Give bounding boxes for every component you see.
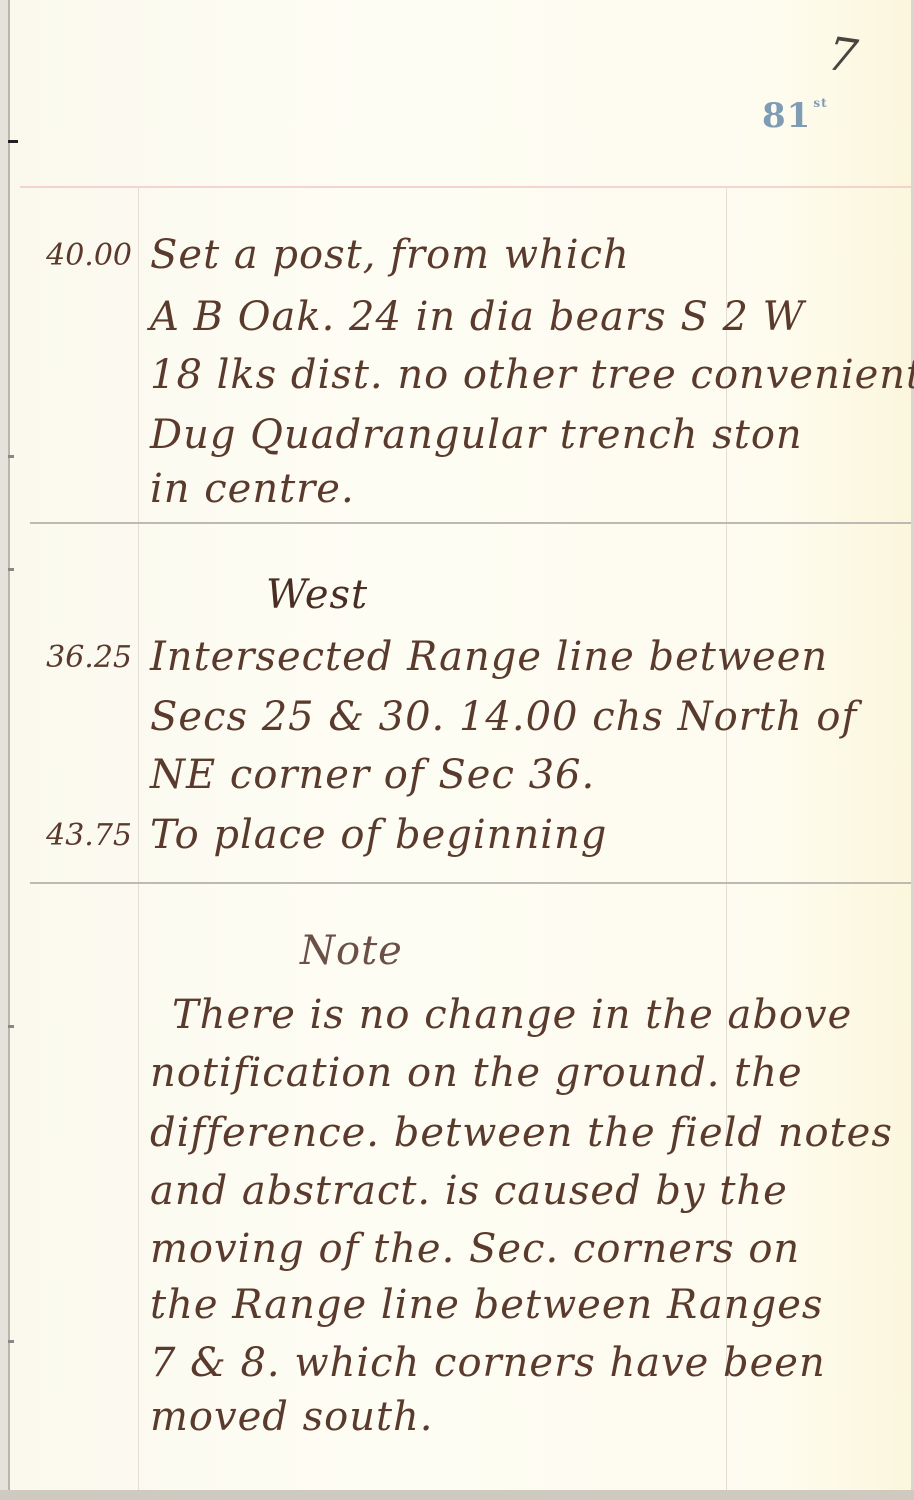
entry-line: A B Oak. 24 in dia bears S 2 W [150,294,805,340]
chains-column-line [138,186,139,1490]
entry-line: To place of beginning [150,812,607,858]
entry-line: Intersected Range line between [150,634,828,680]
note-line: the Range line between Ranges [150,1282,823,1328]
note-line: notification on the ground. the [150,1050,803,1096]
edge-mark [8,1340,14,1343]
entry-line: Dug Quadrangular trench ston [150,412,803,458]
note-line: and abstract. is caused by the [150,1168,788,1214]
note-line: moved south. [150,1394,434,1440]
note-line: There is no change in the above [172,992,852,1038]
chains-value: 36.25 [12,640,132,675]
entry-line: NE corner of Sec 36. [150,752,595,798]
entry-line: 18 lks dist. no other tree convenient [150,352,914,398]
entry-line: Set a post, from which [150,232,630,278]
scan-bottom-edge [0,1490,914,1500]
edge-mark [8,568,14,571]
note-line: difference. between the field notes [150,1110,893,1156]
section-divider [30,522,911,524]
note-heading: Note [300,928,403,974]
section-divider [30,882,911,884]
edge-mark [8,140,18,143]
scan-left-edge [0,0,8,1500]
note-line: 7 & 8. which corners have been [150,1340,826,1386]
edge-mark [8,1025,14,1028]
edge-mark [8,455,14,458]
chains-value: 40.00 [12,238,132,273]
note-line: moving of the. Sec. corners on [150,1226,800,1272]
section-heading-west: West [266,572,368,618]
chains-value: 43.75 [12,818,132,853]
entry-line: in centre. [150,466,355,512]
page-stamp-number: 81st [762,96,828,136]
header-red-rule [20,186,911,188]
entry-line: Secs 25 & 30. 14.00 chs North of [150,694,857,740]
